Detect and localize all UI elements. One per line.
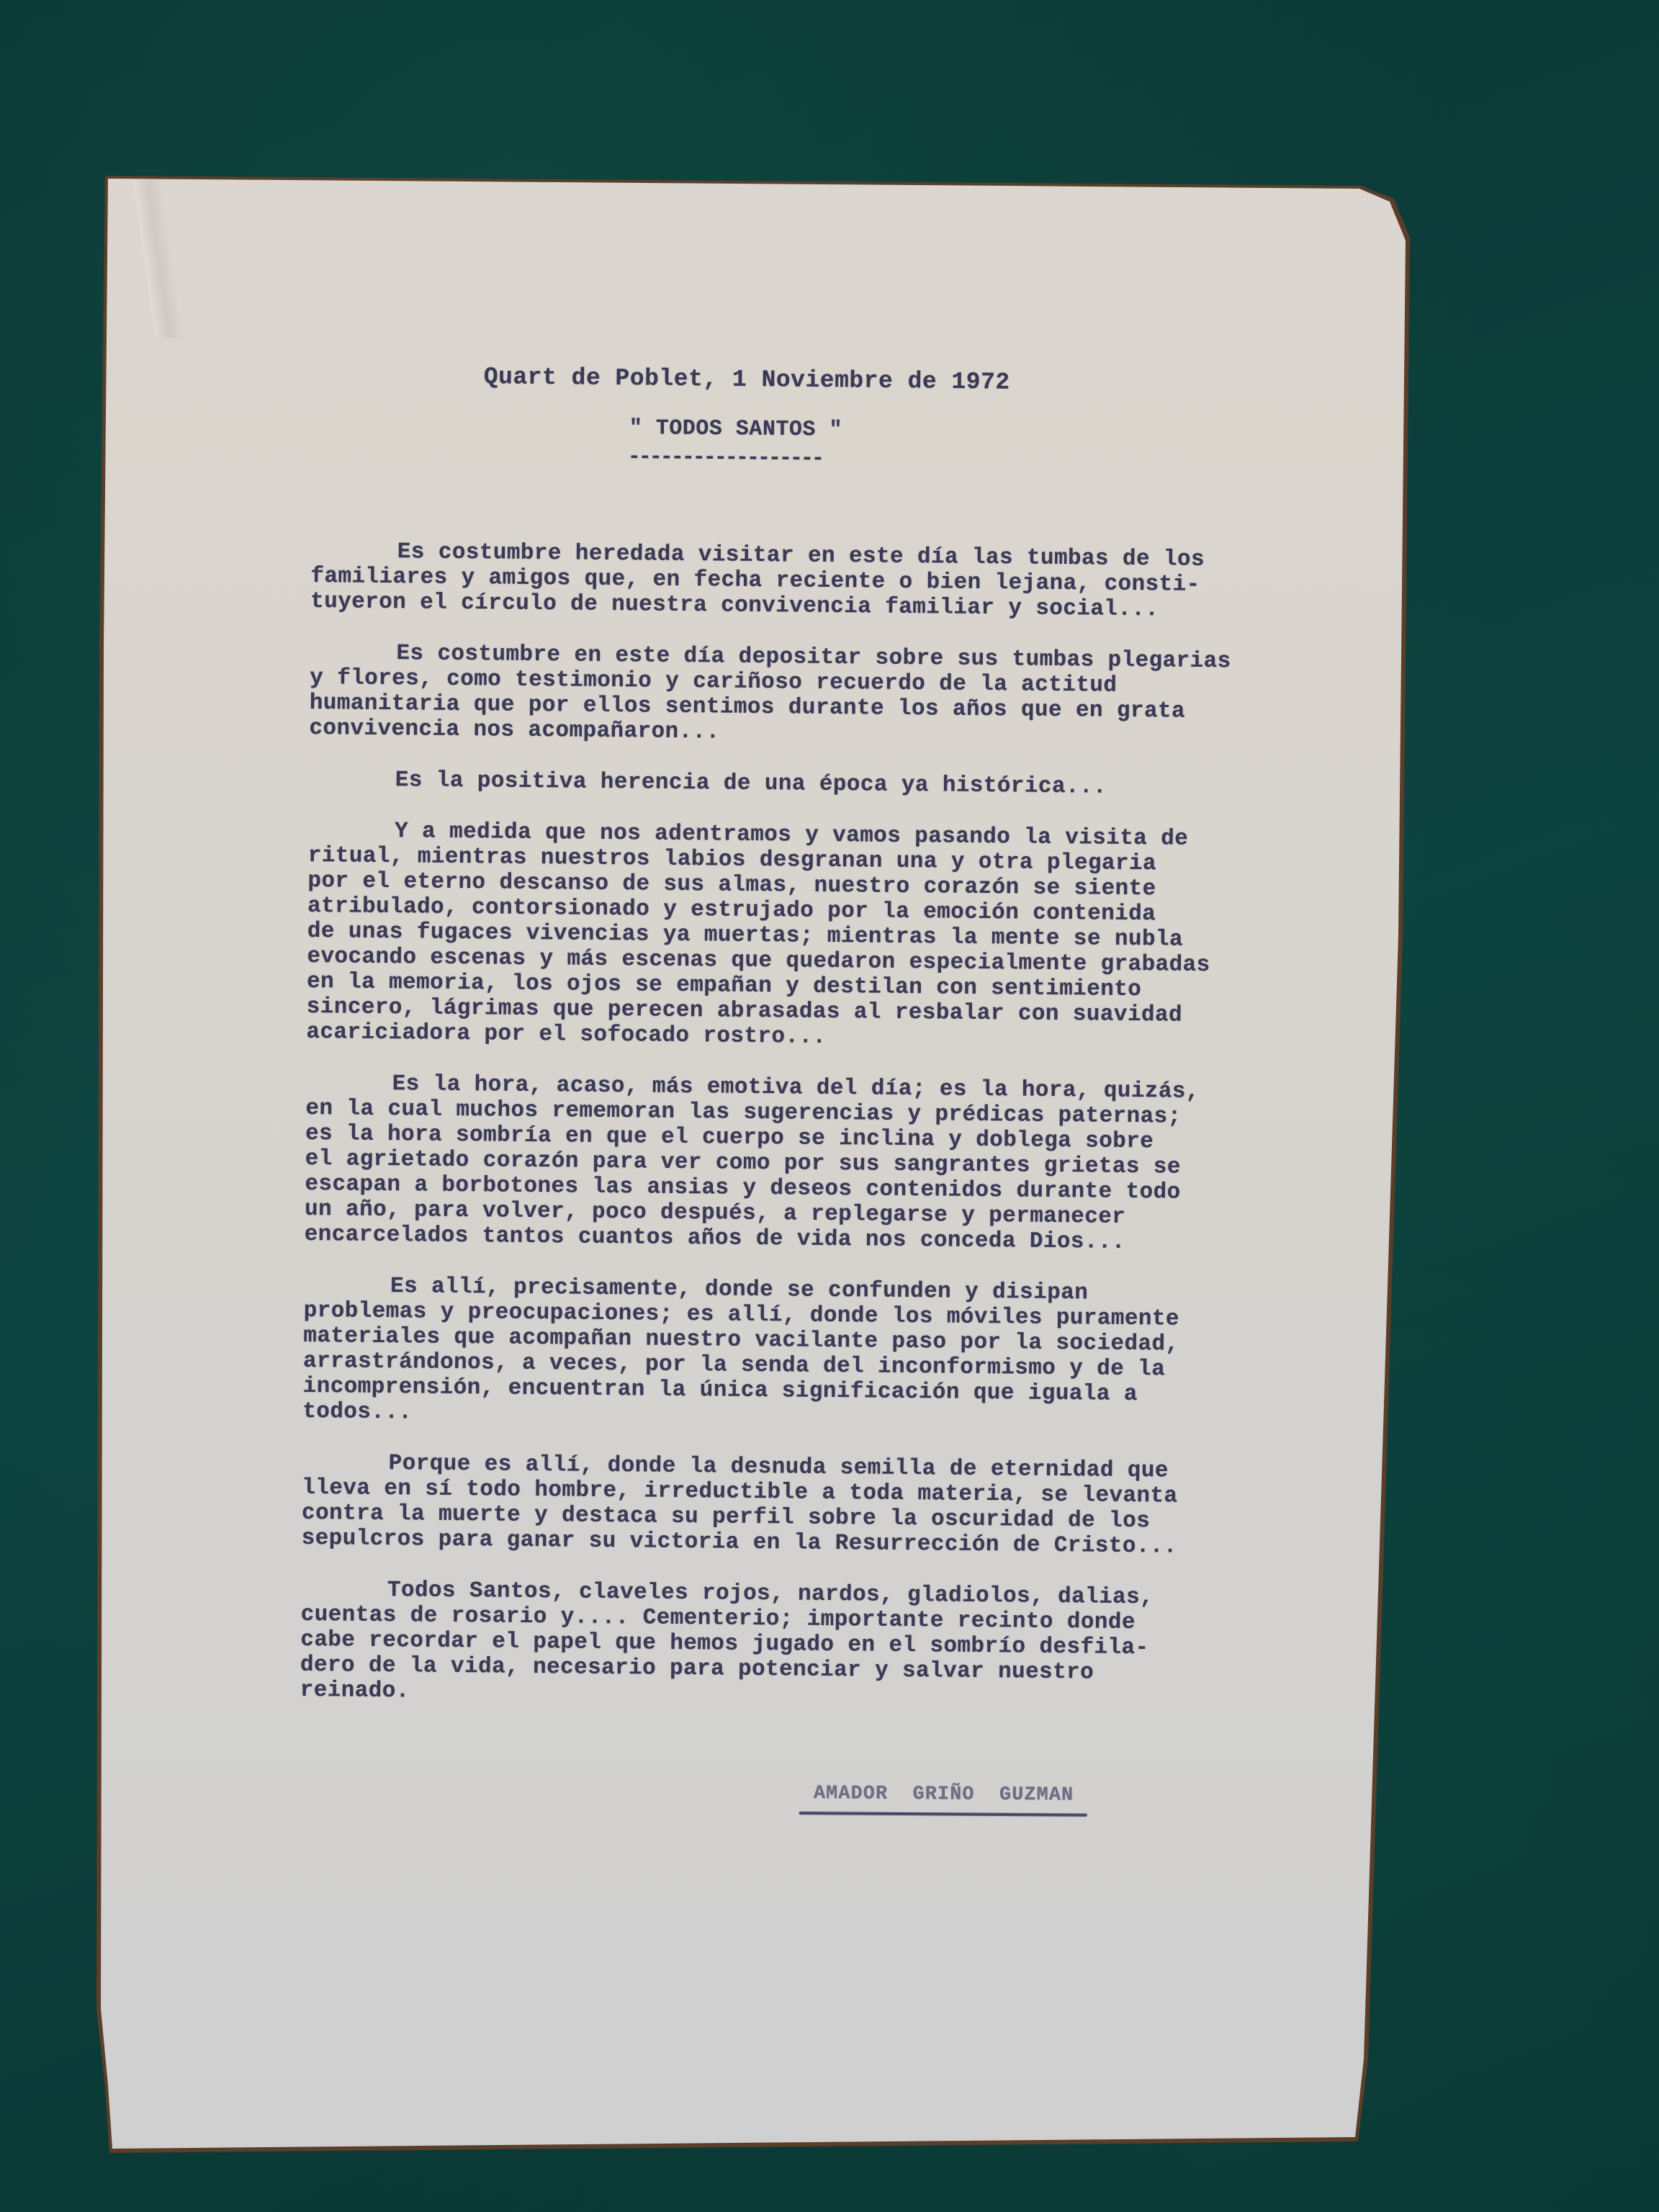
author-signature: AMADOR GRIÑO GUZMAN (799, 1783, 1087, 1807)
title-underline: ------------------ (628, 445, 822, 471)
paragraph-4: Y a medida que nos adentramos y vamos pa… (306, 818, 1374, 1055)
document-title: " TODOS SANTOS " (629, 416, 842, 443)
paragraph-2: Es costumbre en este día depositar sobre… (309, 640, 1375, 751)
text-line: Es la positiva herencia de una época ya … (309, 767, 1375, 802)
document-body: Es costumbre heredada visitar en este dí… (300, 539, 1377, 1739)
paragraph-1: Es costumbre heredada visitar en este dí… (310, 539, 1377, 624)
paragraph-6: Es allí, precisamente, donde se confunde… (302, 1273, 1370, 1434)
signature-block: AMADOR GRIÑO GUZMAN (799, 1783, 1087, 1817)
paragraph-8: Todos Santos, claveles rojos, nardos, gl… (300, 1577, 1367, 1713)
paragraph-3: Es la positiva herencia de una época ya … (309, 767, 1375, 802)
paragraph-5: Es la hora, acaso, más emotiva del día; … (305, 1071, 1372, 1257)
paragraph-7: Porque es allí, donde la desnuda semilla… (302, 1450, 1368, 1561)
place-date-header: Quart de Poblet, 1 Noviembre de 1972 (484, 364, 1010, 396)
